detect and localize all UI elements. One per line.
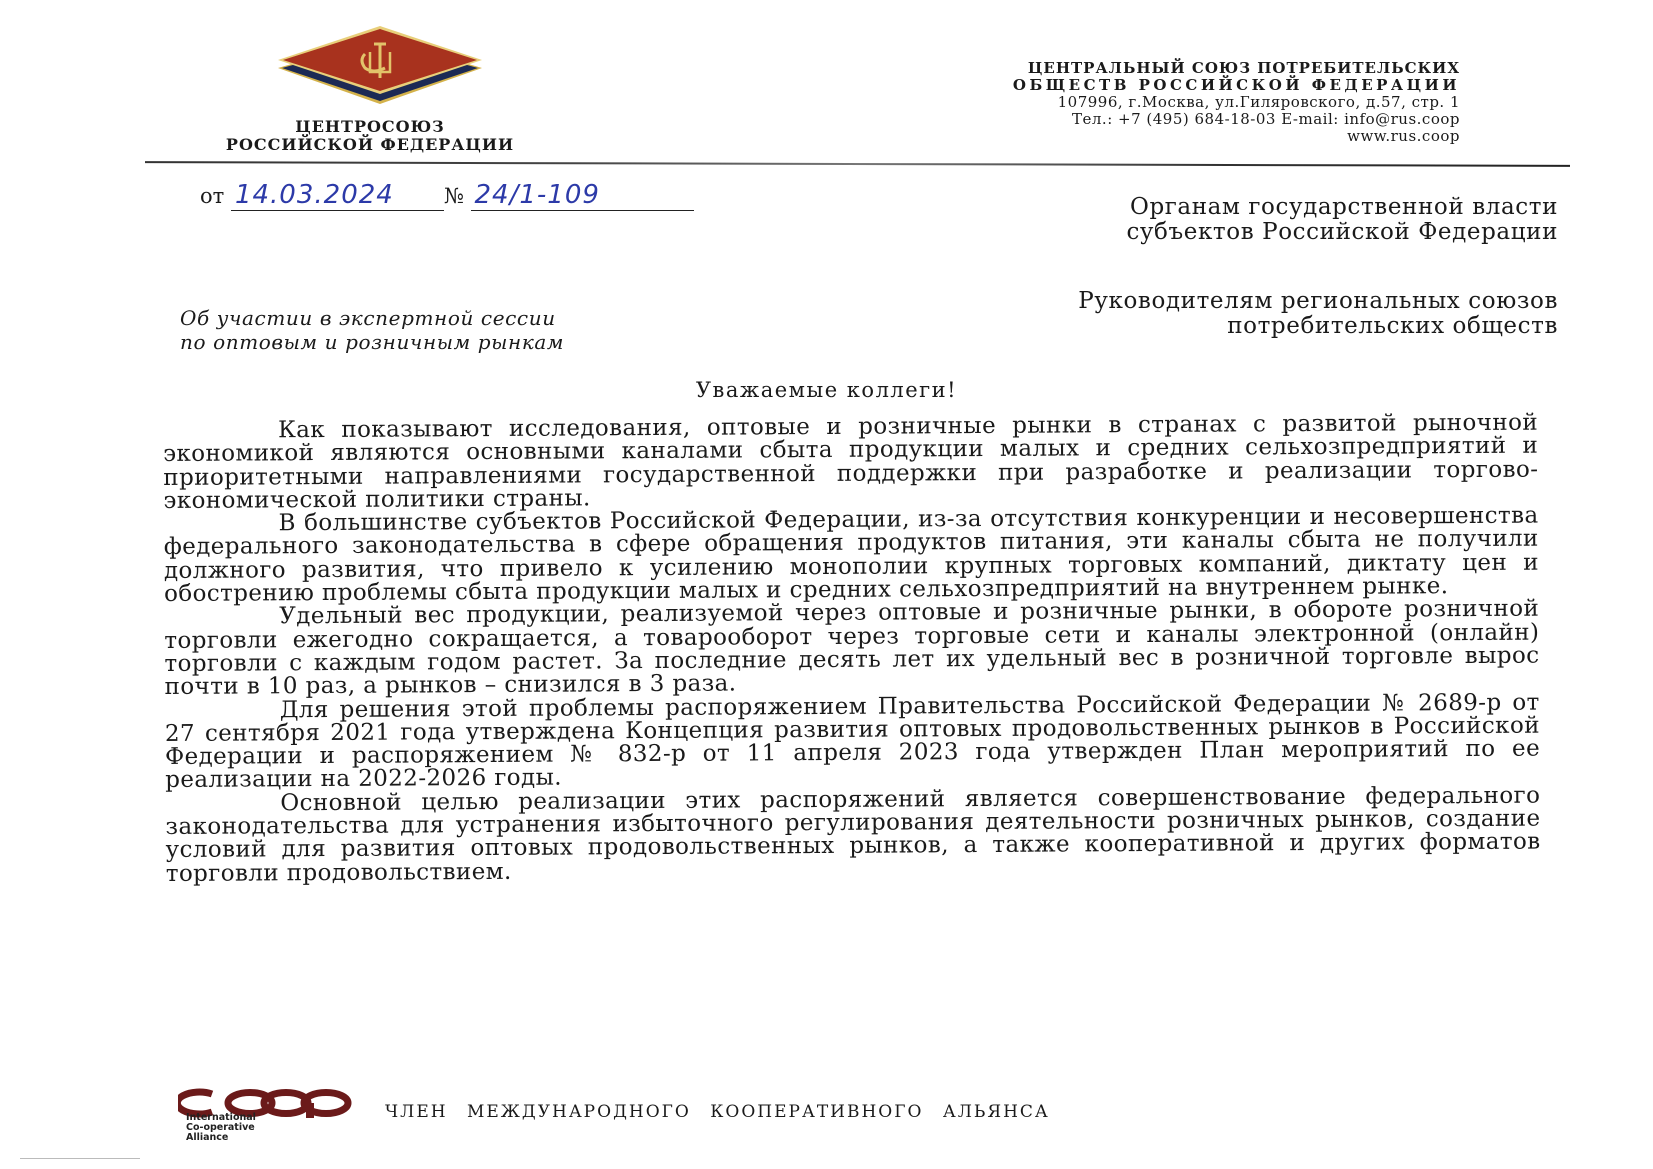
org-website: www.rus.coop [820,128,1460,145]
letter-body: Как показывают исследования, оптовые и р… [163,412,1541,886]
letter-subject: Об участии в экспертной сессии по оптовы… [180,306,564,354]
org-contacts: Тел.: +7 (495) 684-18-03 E-mail: info@ru… [820,111,1460,128]
addressee-1-line2: субъектов Российской Федерации [858,220,1558,245]
diamond-emblem-icon [270,22,490,112]
addressee-2-line1: Руководителям региональных союзов [858,289,1558,314]
letter-date: 14.03.2024 [231,180,444,211]
addressee-1-line1: Органам государственной власти [858,195,1558,220]
org-address: 107996, г.Москва, ул.Гиляровского, д.57,… [820,94,1460,111]
salutation: Уважаемые коллеги! [0,378,1653,402]
number-label: № [444,184,464,208]
addressees: Органам государственной власти субъектов… [858,195,1558,339]
org-short-line2: РОССИЙСКОЙ ФЕДЕРАЦИИ [160,136,580,154]
org-full-name-line1: ЦЕНТРАЛЬНЫЙ СОЮЗ ПОТРЕБИТЕЛЬСКИХ [820,60,1460,77]
letter-reference: от 14.03.2024№ 24/1-109 [200,180,694,211]
org-short-line1: ЦЕНТРОСОЮЗ [160,118,580,136]
org-details: ЦЕНТРАЛЬНЫЙ СОЮЗ ПОТРЕБИТЕЛЬСКИХ ОБЩЕСТВ… [820,60,1460,145]
ica-caption-line3: Alliance [186,1133,256,1143]
footer-divider [20,1158,140,1159]
centrosoyuz-logo [270,22,490,112]
ica-caption: International Co-operative Alliance [186,1113,256,1143]
body-paragraph-5: Основной целью реализации этих распоряже… [165,784,1541,886]
subject-line1: Об участии в экспертной сессии [180,306,564,330]
org-full-name-line2: ОБЩЕСТВ РОССИЙСКОЙ ФЕДЕРАЦИИ [820,77,1460,94]
org-short-name: ЦЕНТРОСОЮЗ РОССИЙСКОЙ ФЕДЕРАЦИИ [160,118,580,154]
body-paragraph-4: Для решения этой проблемы распоряжением … [165,691,1541,793]
ica-membership-text: ЧЛЕН МЕЖДУНАРОДНОГО КООПЕРАТИВНОГО АЛЬЯН… [385,1102,1050,1122]
body-paragraph-1: Как показывают исследования, оптовые и р… [163,412,1539,514]
body-paragraph-3: Удельный вес продукции, реализуемой чере… [164,598,1540,700]
header-divider [145,161,1570,167]
body-paragraph-2: В большинстве субъектов Российской Федер… [164,505,1540,607]
letter-number: 24/1-109 [471,180,694,211]
from-label: от [200,184,224,208]
subject-line2: по оптовым и розничным рынкам [180,330,564,354]
addressee-2-line2: потребительских обществ [858,314,1558,339]
